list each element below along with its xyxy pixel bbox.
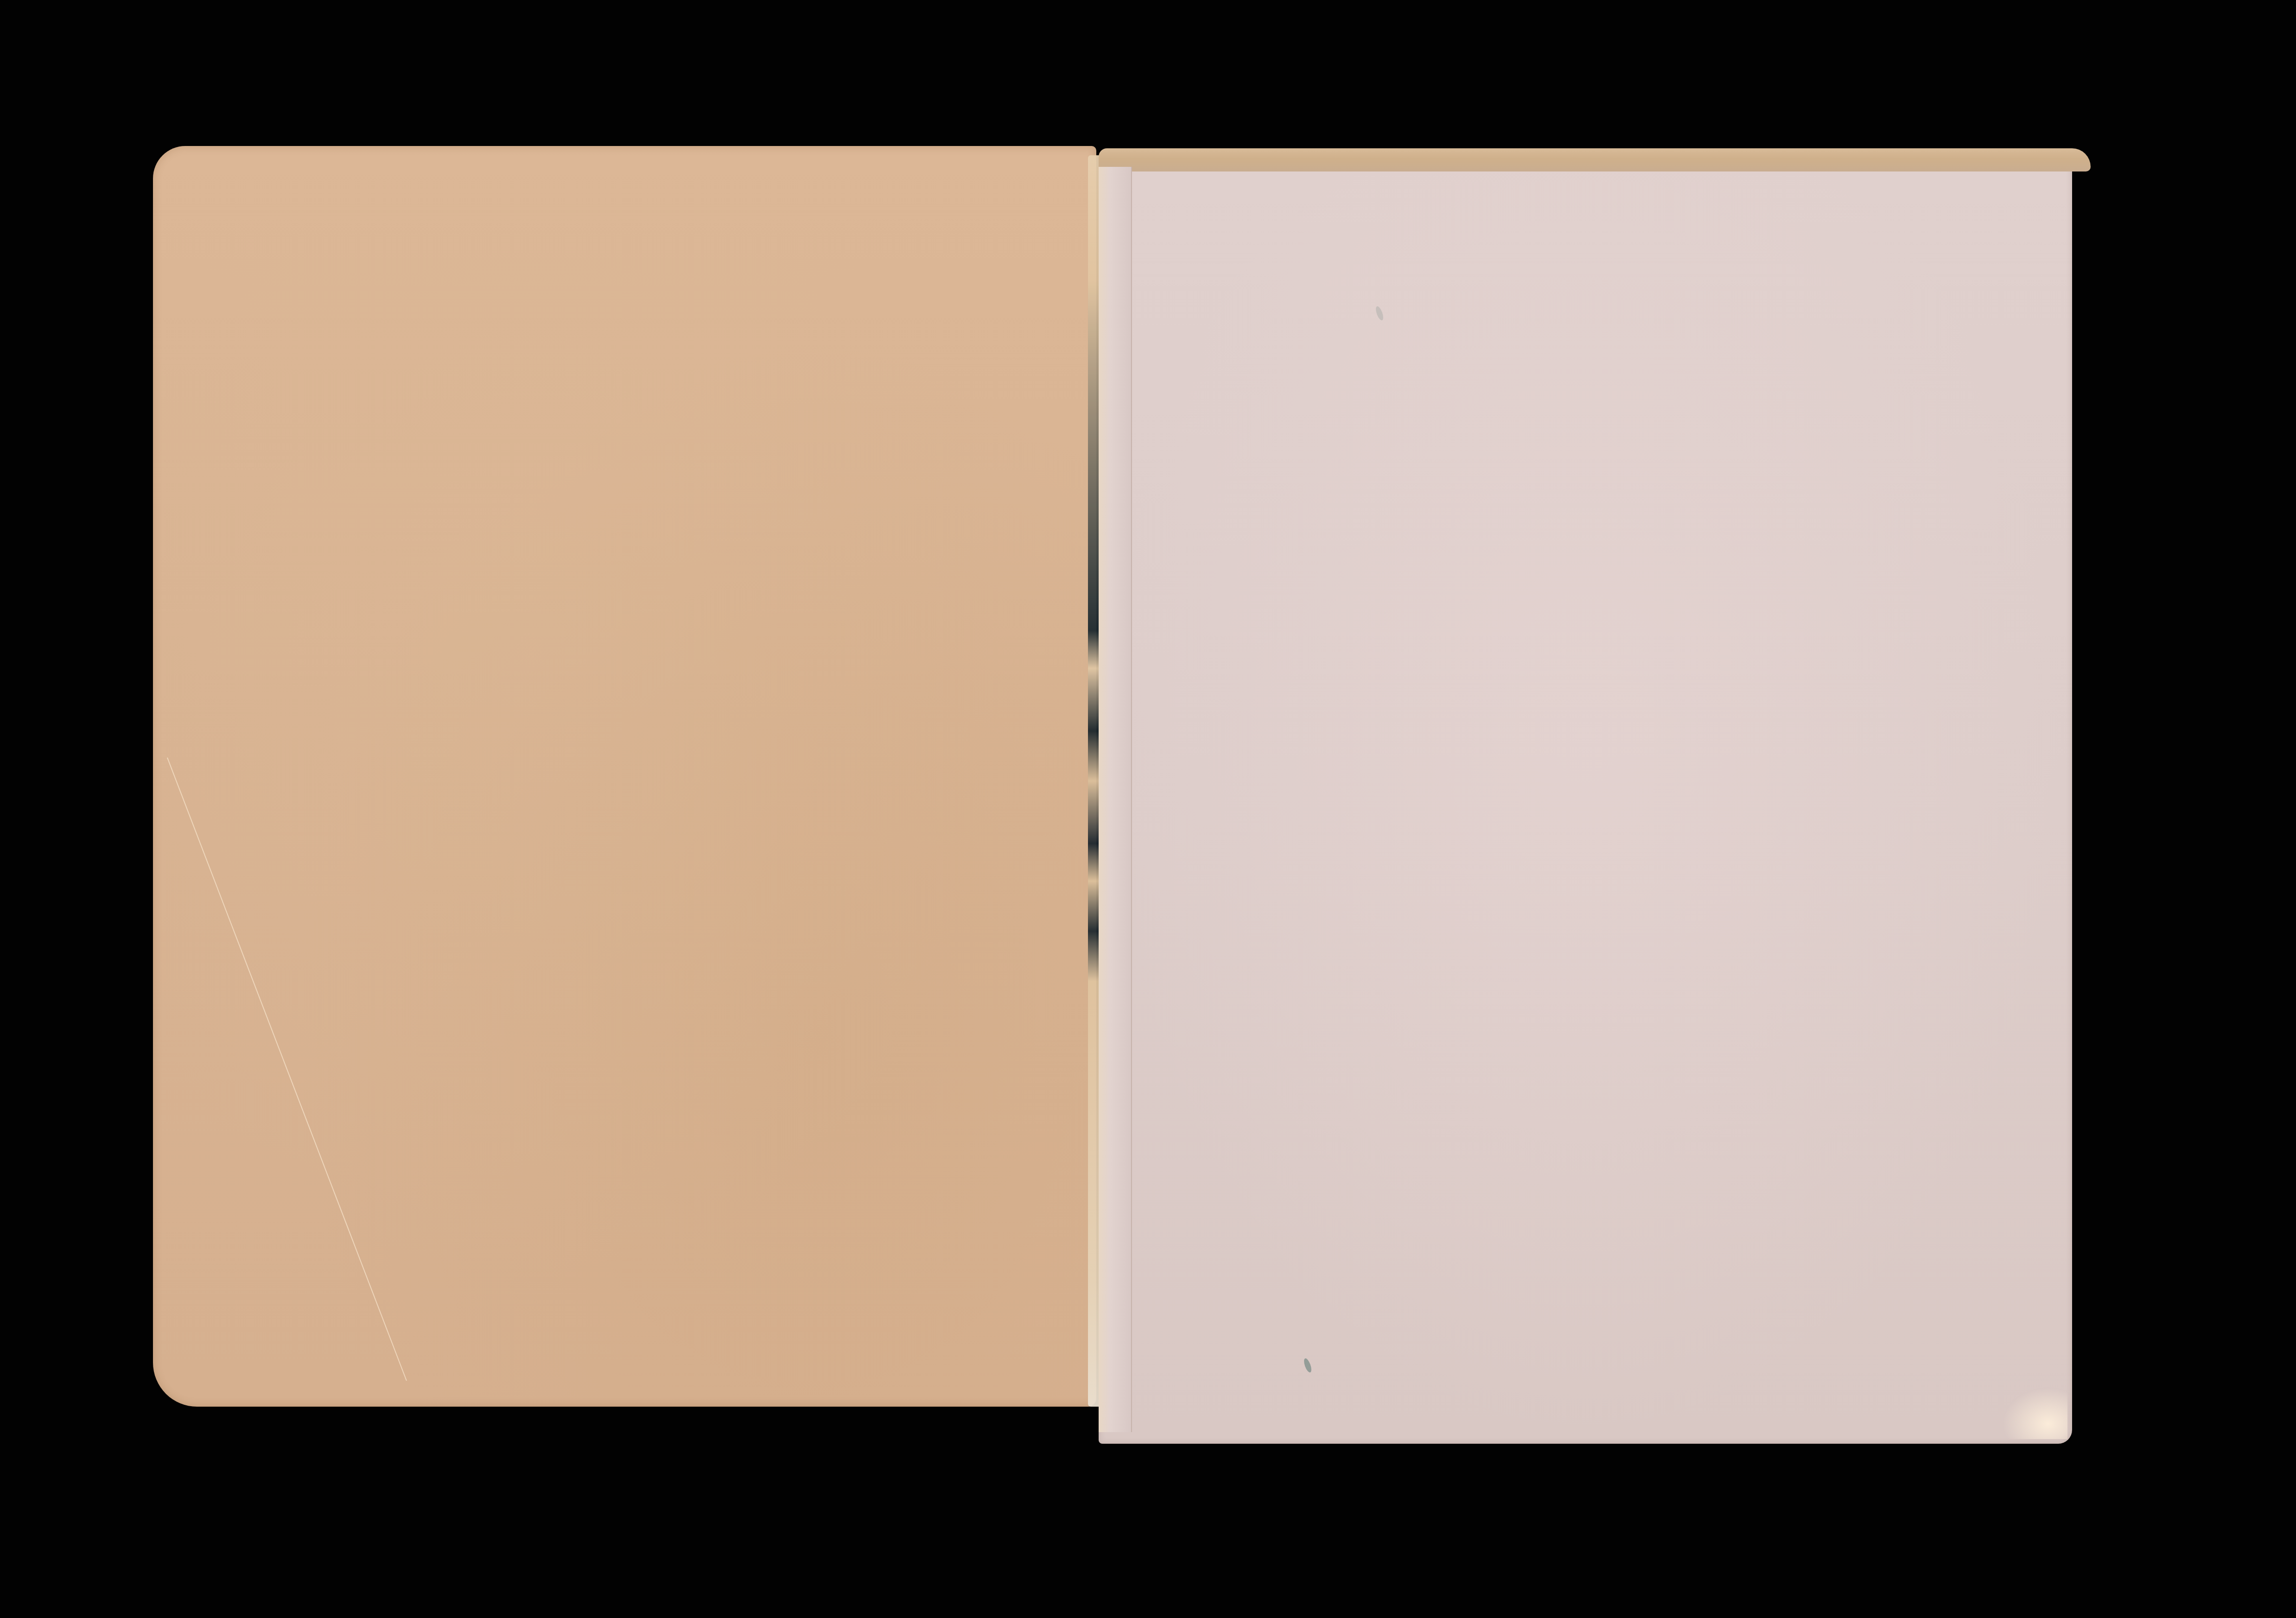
left-page bbox=[153, 146, 1096, 1407]
corner-glare bbox=[2003, 1388, 2067, 1439]
page-gutter bbox=[1099, 167, 1132, 1432]
fold-crease bbox=[167, 757, 407, 1381]
scan-background bbox=[0, 0, 2296, 1618]
page-block-top-edge bbox=[1099, 148, 2091, 171]
ink-speck bbox=[1303, 1358, 1313, 1373]
right-page bbox=[1099, 158, 2072, 1444]
ink-speck bbox=[1374, 305, 1385, 321]
